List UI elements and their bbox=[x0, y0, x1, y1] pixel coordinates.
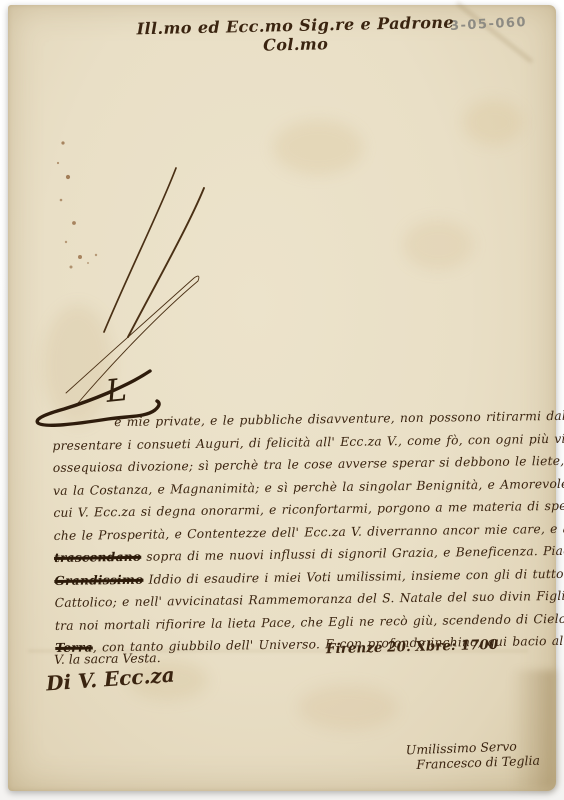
signature-block: Umilissimo Servo Francesco di Teglia bbox=[406, 738, 541, 773]
struck-word: Grandissimo bbox=[54, 571, 143, 587]
line-text: va la Costanza, e Magnanimità; e sì perc… bbox=[53, 476, 564, 498]
foxing-stain bbox=[403, 220, 473, 270]
scan-background: 3-05-060 Ill.mo ed Ecc.mo Sig.re e Padro… bbox=[0, 0, 564, 800]
salutation-line: Ill.mo ed Ecc.mo Sig.re e Padrone Col.mo bbox=[123, 12, 469, 57]
crinkled-edge bbox=[510, 670, 556, 790]
line-text: ossequiosa divozione; sì perchè tra le c… bbox=[53, 453, 564, 475]
foxing-stain bbox=[43, 305, 113, 425]
foxing-stain bbox=[273, 120, 363, 175]
signature-name: Francesco di Teglia bbox=[406, 753, 540, 773]
initial-letter: L bbox=[104, 372, 128, 410]
struck-word: trascendano bbox=[54, 549, 141, 565]
foxing-stain bbox=[298, 685, 398, 730]
line-text: tra noi mortali rifiorire la lieta Pace,… bbox=[55, 611, 564, 632]
line-text: cui V. Ecc.za si degna onorarmi, e ricon… bbox=[53, 498, 564, 520]
line-text: sopra di me nuovi influssi di signoril G… bbox=[141, 543, 564, 563]
pen-flourish-strokes bbox=[38, 125, 268, 425]
letter-body: e mie private, e le pubbliche disavventu… bbox=[52, 405, 531, 659]
line-text: Cattolico; e nell' avvicinatasi Rammemor… bbox=[55, 588, 564, 610]
line-text: che le Prosperità, e Contentezze dell' E… bbox=[54, 521, 564, 543]
line-text: Iddio di esaudire i miei Voti umilissimi… bbox=[143, 565, 564, 586]
letter-paper: 3-05-060 Ill.mo ed Ecc.mo Sig.re e Padro… bbox=[8, 5, 556, 791]
line-text: e mie private, e le pubbliche disavventu… bbox=[114, 409, 564, 429]
foxing-stain bbox=[463, 100, 523, 145]
valediction: Di V. Ecc.za bbox=[45, 663, 175, 696]
line-text: presentare i consueti Auguri, di felicit… bbox=[52, 431, 564, 452]
dateline: Firenze 20. Xbre: 1700 bbox=[326, 637, 499, 658]
